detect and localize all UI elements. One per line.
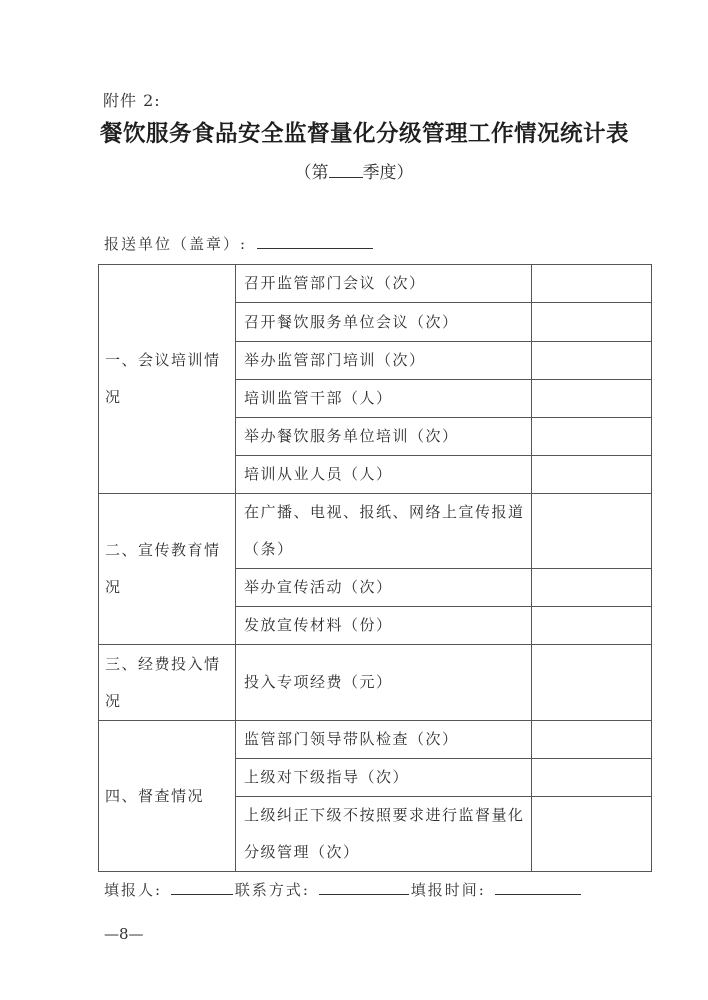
- item-label: 召开餐饮服务单位会议（次）: [236, 303, 532, 342]
- value-cell[interactable]: [532, 265, 652, 303]
- item-label: 上级纠正下级不按照要求进行监督量化分级管理（次）: [236, 797, 532, 872]
- value-cell[interactable]: [532, 759, 652, 797]
- item-label: 召开监管部门会议（次）: [236, 265, 532, 303]
- footer-signature-row: 填报人: 联系方式: 填报时间:: [104, 879, 583, 900]
- value-cell[interactable]: [532, 797, 652, 872]
- value-cell[interactable]: [532, 380, 652, 418]
- item-label: 监管部门领导带队检查（次）: [236, 721, 532, 759]
- item-label: 培训从业人员（人）: [236, 456, 532, 494]
- value-cell[interactable]: [532, 645, 652, 721]
- contact-label: 联系方式:: [235, 881, 310, 899]
- table-row: 三、经费投入情况 投入专项经费（元）: [99, 645, 652, 721]
- contact-field[interactable]: [319, 882, 409, 895]
- annex-label: 附件 2:: [103, 88, 161, 111]
- value-cell[interactable]: [532, 494, 652, 569]
- subtitle-prefix: （第: [295, 163, 329, 183]
- item-label: 培训监管干部（人）: [236, 380, 532, 418]
- item-label: 发放宣传材料（份）: [236, 607, 532, 645]
- value-cell[interactable]: [532, 721, 652, 759]
- filler-label: 填报人:: [104, 881, 162, 899]
- quarter-subtitle: （第季度）: [0, 158, 708, 183]
- page-title: 餐饮服务食品安全监督量化分级管理工作情况统计表: [100, 116, 620, 148]
- value-cell[interactable]: [532, 607, 652, 645]
- table-row: 一、会议培训情况 召开监管部门会议（次）: [99, 265, 652, 303]
- date-label: 填报时间:: [411, 881, 486, 899]
- category-cell: 三、经费投入情况: [99, 645, 236, 721]
- category-cell: 二、宣传教育情况: [99, 494, 236, 645]
- table-row: 四、督查情况 监管部门领导带队检查（次）: [99, 721, 652, 759]
- value-cell[interactable]: [532, 569, 652, 607]
- item-label: 上级对下级指导（次）: [236, 759, 532, 797]
- value-cell[interactable]: [532, 342, 652, 380]
- item-label: 投入专项经费（元）: [236, 645, 532, 721]
- reporting-unit-row: 报送单位（盖章）:: [104, 233, 373, 254]
- category-cell: 一、会议培训情况: [99, 265, 236, 494]
- value-cell[interactable]: [532, 303, 652, 342]
- date-field[interactable]: [495, 882, 581, 895]
- value-cell[interactable]: [532, 418, 652, 456]
- quarter-blank-field[interactable]: [329, 163, 363, 178]
- item-label: 举办监管部门培训（次）: [236, 342, 532, 380]
- category-cell: 四、督查情况: [99, 721, 236, 872]
- reporting-unit-field[interactable]: [257, 236, 373, 249]
- statistics-table: 一、会议培训情况 召开监管部门会议（次） 召开餐饮服务单位会议（次） 举办监管部…: [98, 264, 652, 872]
- page-number: —8—: [104, 925, 144, 943]
- item-label: 在广播、电视、报纸、网络上宣传报道（条）: [236, 494, 532, 569]
- value-cell[interactable]: [532, 456, 652, 494]
- table-row: 二、宣传教育情况 在广播、电视、报纸、网络上宣传报道（条）: [99, 494, 652, 569]
- subtitle-suffix: 季度）: [363, 163, 414, 183]
- item-label: 举办餐饮服务单位培训（次）: [236, 418, 532, 456]
- item-label: 举办宣传活动（次）: [236, 569, 532, 607]
- filler-field[interactable]: [171, 882, 233, 895]
- reporting-unit-label: 报送单位（盖章）:: [104, 235, 247, 253]
